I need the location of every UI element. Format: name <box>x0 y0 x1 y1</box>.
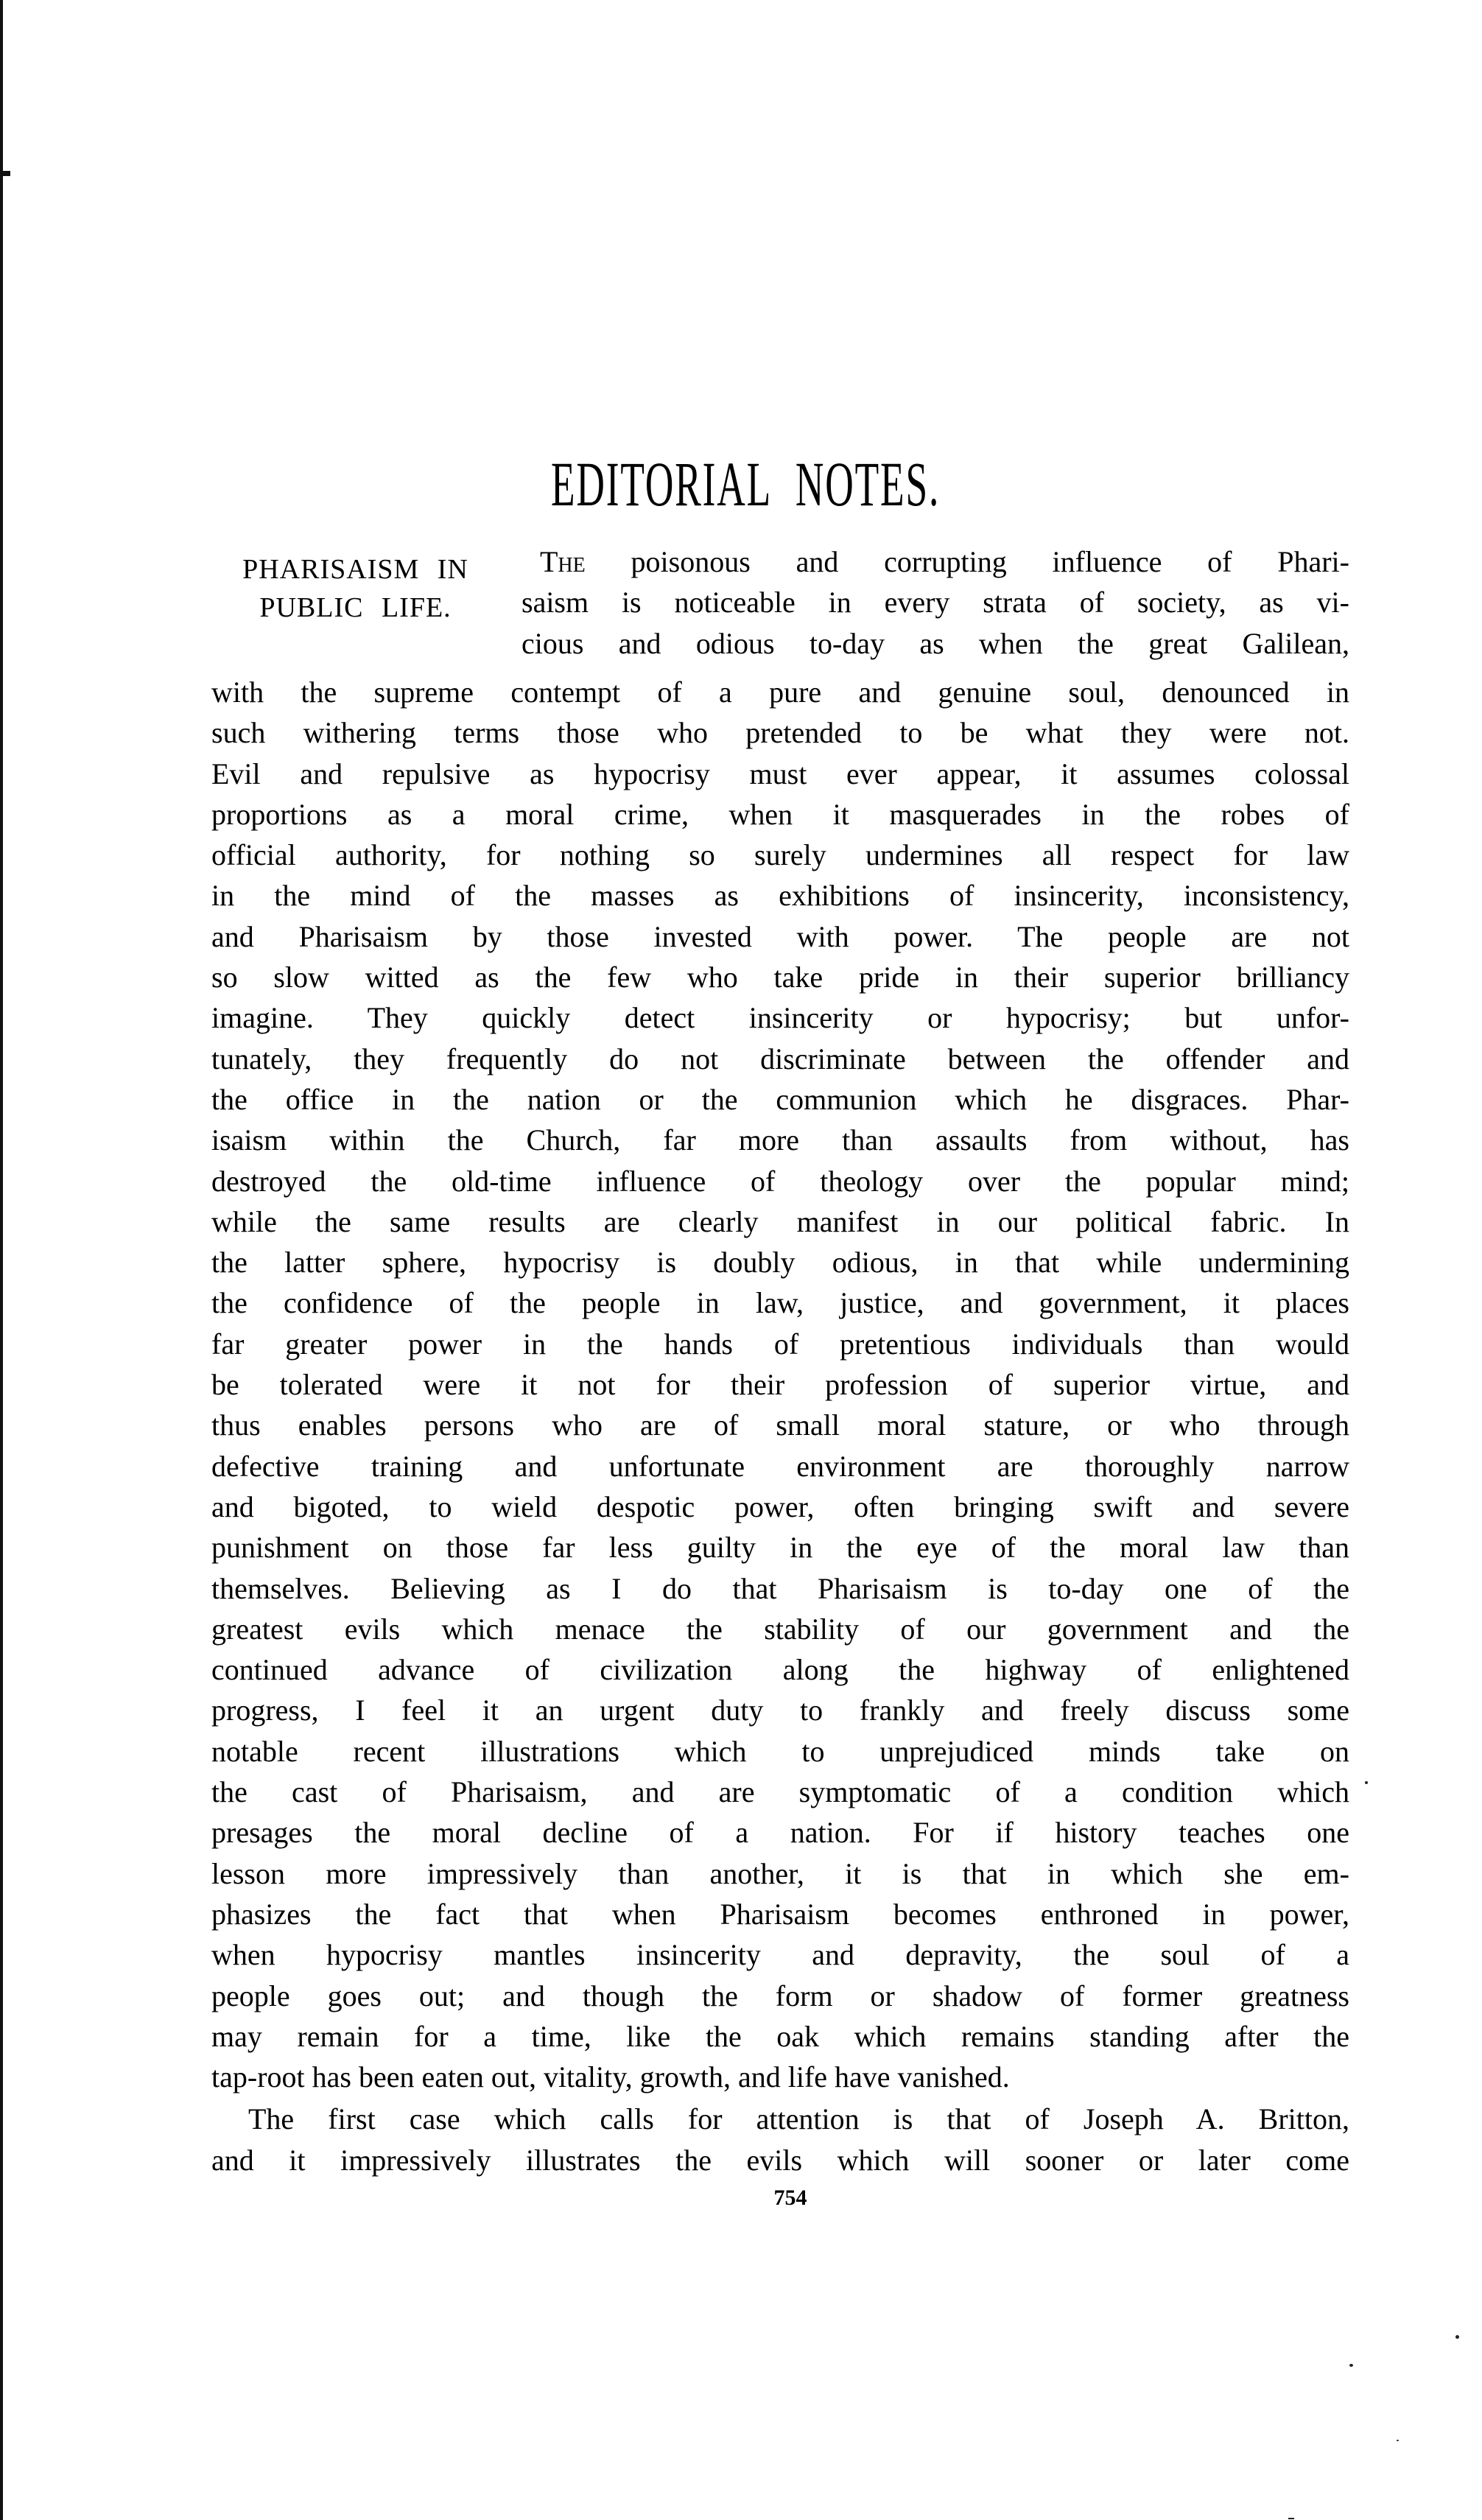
text-line: while the same results are clearly manif… <box>211 1201 1349 1242</box>
margin-note-line-2: PUBLIC LIFE. <box>203 589 508 627</box>
page-title: EDITORIAL NOTES. <box>551 451 852 517</box>
page-binding-edge <box>0 0 3 2520</box>
text-line: continued advance of civilization along … <box>211 1649 1349 1690</box>
text-line: the office in the nation or the communio… <box>211 1079 1349 1120</box>
text-line: and bigoted, to wield despotic power, of… <box>211 1487 1349 1527</box>
text-line: notable recent illustrations which to un… <box>211 1731 1349 1772</box>
text-line: progress, I feel it an urgent duty to fr… <box>211 1690 1349 1730</box>
text-line: with the supreme contempt of a pure and … <box>211 672 1349 712</box>
text-line: official authority, for nothing so surel… <box>211 835 1349 875</box>
text-line: tap-root has been eaten out, vitality, g… <box>211 2057 1349 2097</box>
lead-word: The <box>540 545 586 578</box>
text-line: The first case which calls for attention… <box>211 2099 1349 2139</box>
margin-note-line-1: PHARISAISM IN <box>203 550 508 589</box>
text-line: themselves. Believing as I do that Phari… <box>211 1568 1349 1609</box>
scan-speck <box>1365 1781 1368 1784</box>
text-line: lesson more impressively than another, i… <box>211 1853 1349 1894</box>
text-line: thus enables persons who are of small mo… <box>211 1405 1349 1445</box>
text-line: phasizes the fact that when Pharisaism b… <box>211 1894 1349 1934</box>
paragraph-1: The poisonous and corrupting influence o… <box>211 541 1349 2097</box>
text-line: the cast of Pharisaism, and are symptoma… <box>211 1772 1349 1812</box>
page-edge-mark <box>0 171 10 176</box>
text-line: far greater power in the hands of preten… <box>211 1324 1349 1364</box>
text-line: so slow witted as the few who take pride… <box>211 957 1349 997</box>
scan-speck <box>1455 2335 1459 2339</box>
text-line: the latter sphere, hypocrisy is doubly o… <box>211 1242 1349 1282</box>
page-number: 754 <box>765 2185 816 2211</box>
text-line: presages the moral decline of a nation. … <box>211 1812 1349 1853</box>
scan-speck <box>1397 2440 1399 2441</box>
text-line: be tolerated were it not for their profe… <box>211 1364 1349 1405</box>
article-body: PHARISAISM IN PUBLIC LIFE. The poisonous… <box>211 541 1349 2180</box>
text-line: when hypocrisy mantles insincerity and d… <box>211 1934 1349 1975</box>
margin-note: PHARISAISM IN PUBLIC LIFE. <box>203 541 508 672</box>
text-line: defective training and unfortunate envir… <box>211 1446 1349 1487</box>
text-line: people goes out; and though the form or … <box>211 1976 1349 2016</box>
text-line: Evil and repulsive as hypocrisy must eve… <box>211 754 1349 794</box>
text-line: isaism within the Church, far more than … <box>211 1120 1349 1160</box>
text-line: imagine. They quickly detect insincerity… <box>211 997 1349 1038</box>
text-line: may remain for a time, like the oak whic… <box>211 2016 1349 2057</box>
scan-speck <box>1288 2518 1294 2519</box>
text-line: punishment on those far less guilty in t… <box>211 1527 1349 1568</box>
text-line: tunately, they frequently do not discrim… <box>211 1039 1349 1079</box>
text-line: destroyed the old-time influence of theo… <box>211 1161 1349 1201</box>
text-line: proportions as a moral crime, when it ma… <box>211 794 1349 835</box>
text-line: such withering terms those who pretended… <box>211 712 1349 753</box>
paragraph-2: The first case which calls for attention… <box>211 2099 1349 2180</box>
text-line: greatest evils which menace the stabilit… <box>211 1609 1349 1649</box>
text-line: the confidence of the people in law, jus… <box>211 1282 1349 1323</box>
text-line: and Pharisaism by those invested with po… <box>211 916 1349 957</box>
text-line: in the mind of the masses as exhibitions… <box>211 875 1349 916</box>
scan-speck <box>1349 2364 1353 2367</box>
text-line: and it impressively illustrates the evil… <box>211 2140 1349 2180</box>
